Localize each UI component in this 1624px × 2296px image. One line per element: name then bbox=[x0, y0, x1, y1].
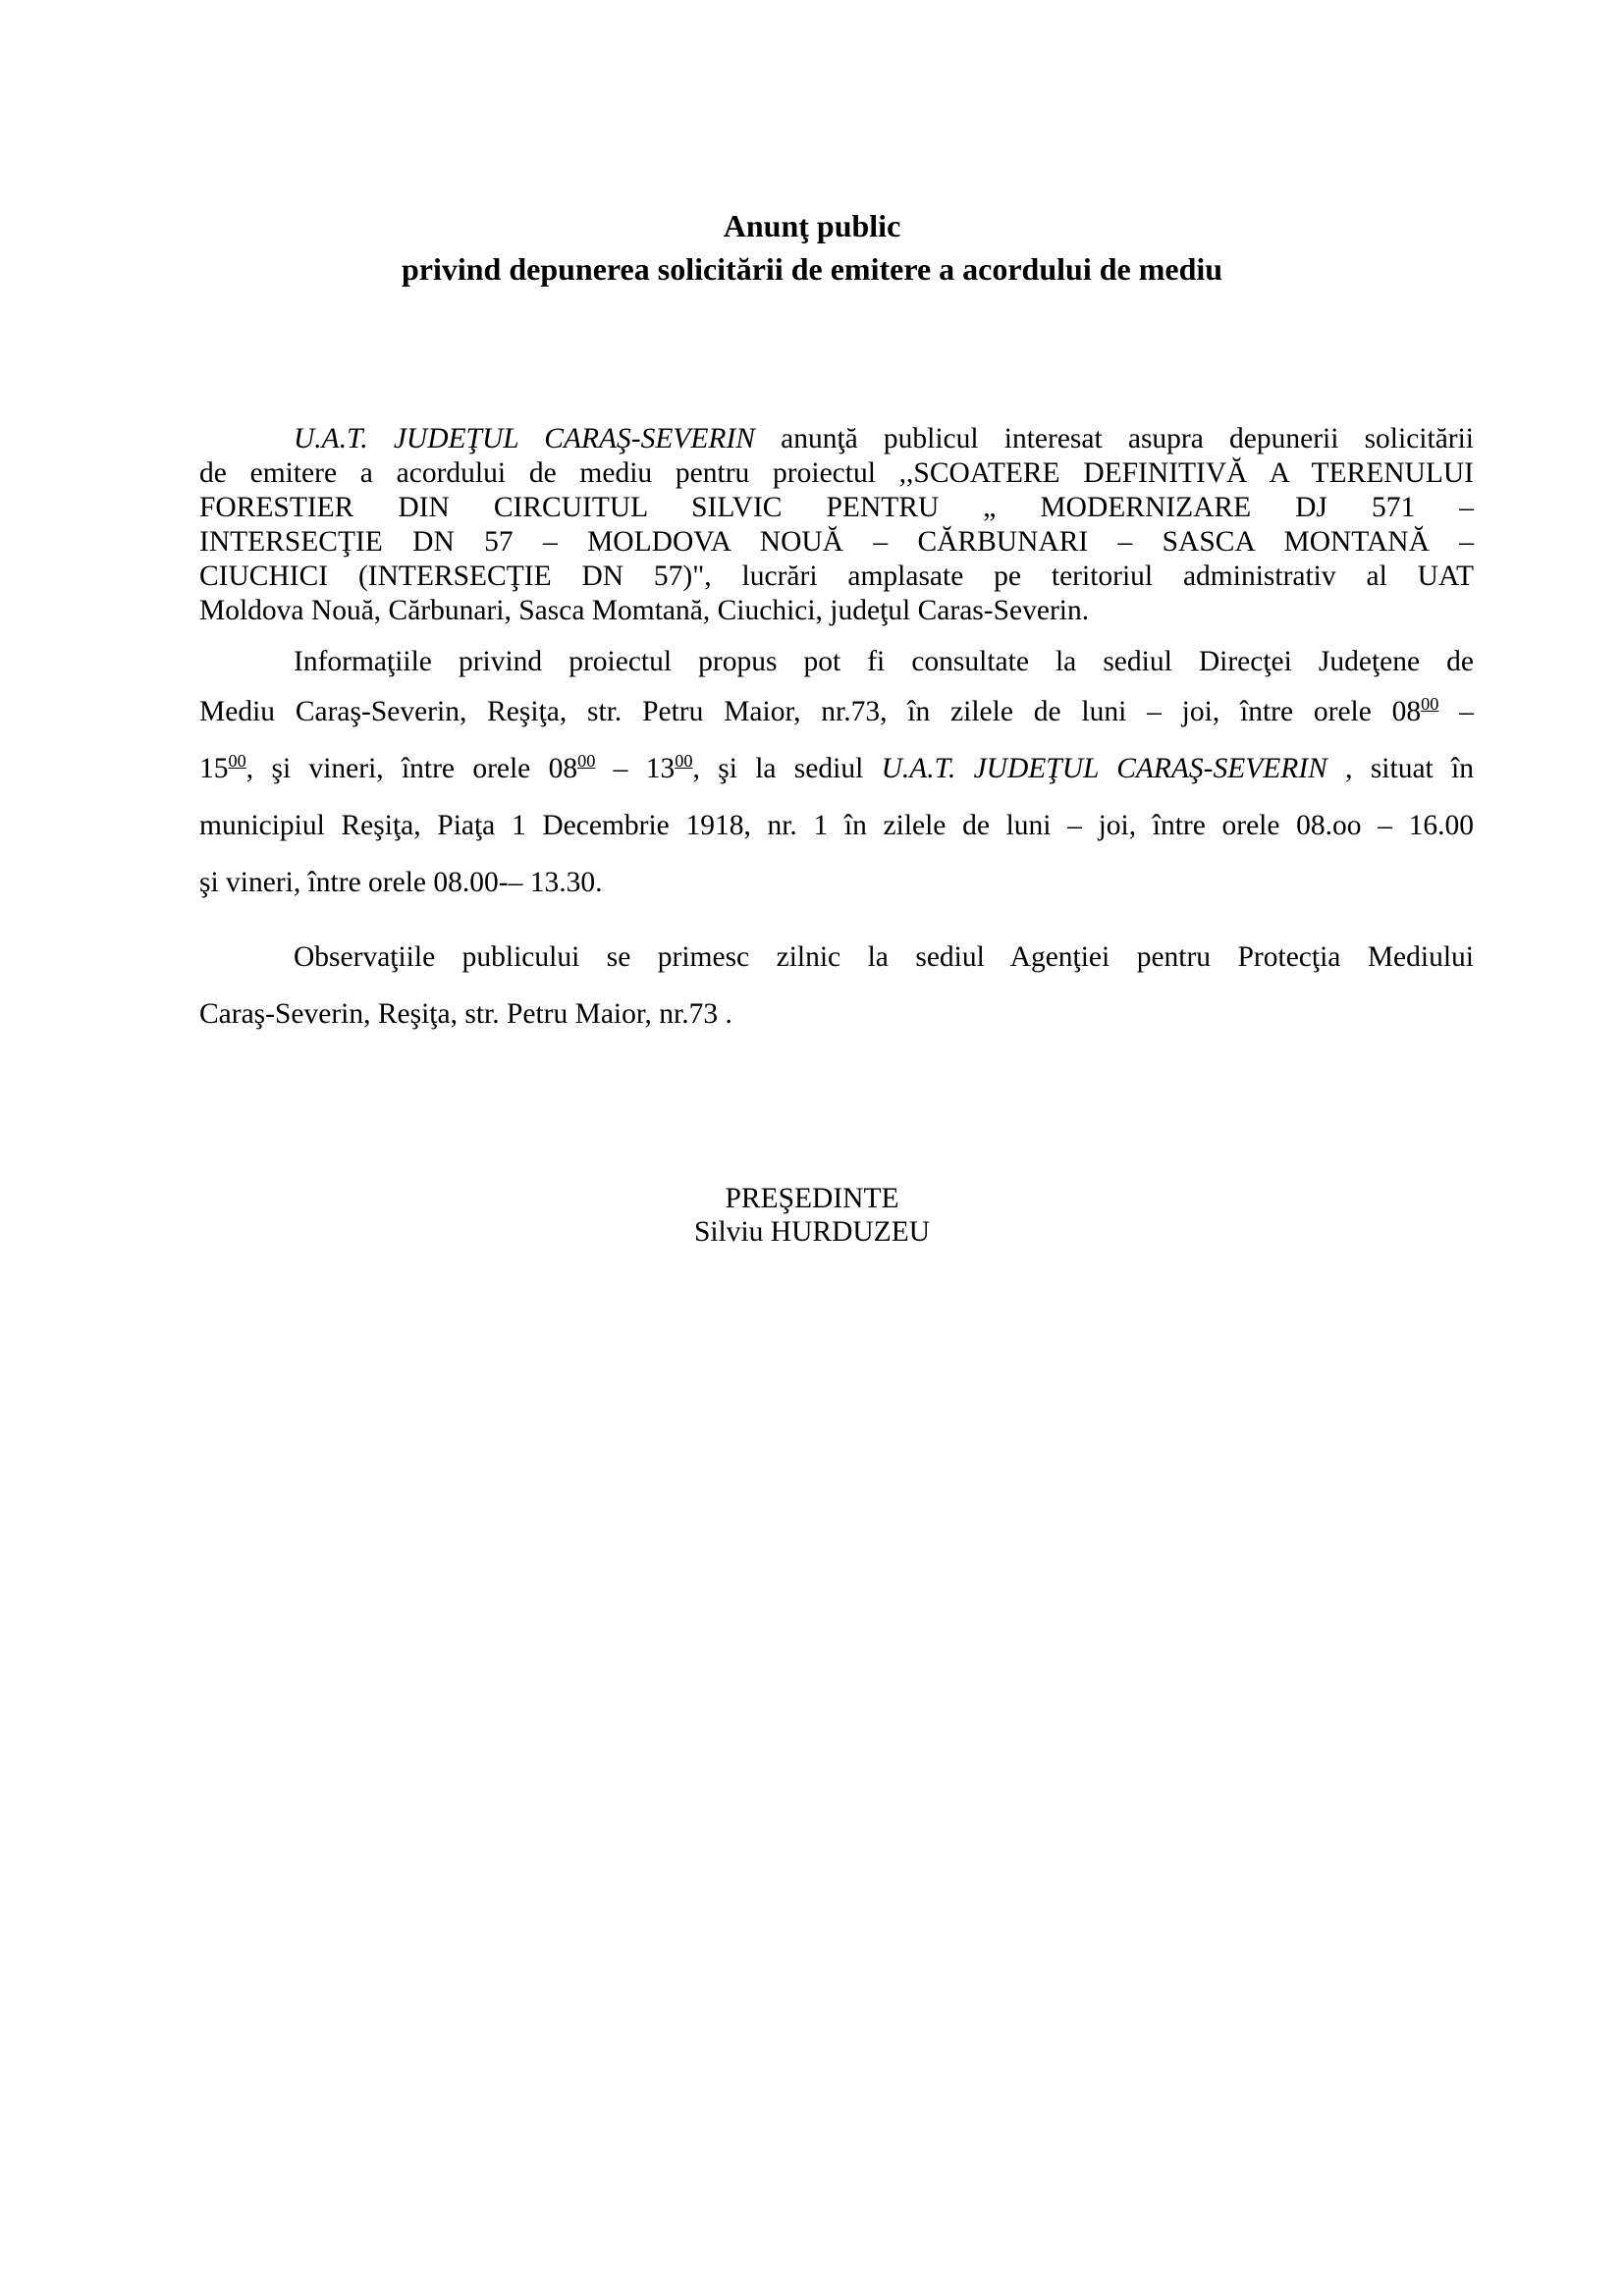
title-line-2: privind depunerea solicitării de emitere… bbox=[0, 247, 1624, 291]
paragraph-line: Observaţiile publicului se primesc zilni… bbox=[199, 929, 1474, 986]
paragraph-observations: Observaţiile publicului se primesc zilni… bbox=[199, 929, 1474, 1042]
paragraph-line: de emitere a acordului de mediu pentru p… bbox=[199, 456, 1474, 491]
signature-role: PREŞEDINTE bbox=[0, 1182, 1624, 1215]
paragraph-line: CIUCHICI (INTERSECŢIE DN 57)", lucrări a… bbox=[199, 560, 1474, 594]
applicant-name: U.A.T. JUDEŢUL CARAŞ-SEVERIN bbox=[882, 753, 1327, 784]
paragraph-announcement: U.A.T. JUDEŢUL CARAŞ-SEVERIN anunţă publ… bbox=[199, 422, 1474, 628]
paragraph-line: FORESTIER DIN CIRCUITUL SILVIC PENTRU „ … bbox=[199, 491, 1474, 525]
applicant-name: U.A.T. JUDEŢUL CARAŞ-SEVERIN bbox=[294, 423, 755, 454]
paragraph-line: Informaţiile privind proiectul propus po… bbox=[199, 640, 1474, 683]
paragraph-line: INTERSECŢIE DN 57 – MOLDOVA NOUĂ – CĂRBU… bbox=[199, 525, 1474, 560]
paragraph-line: U.A.T. JUDEŢUL CARAŞ-SEVERIN anunţă publ… bbox=[199, 422, 1474, 456]
title-line-1: Anunţ public bbox=[0, 204, 1624, 247]
paragraph-line: Moldova Nouă, Cărbunari, Sasca Momtană, … bbox=[199, 594, 1474, 628]
signature-block: PREŞEDINTE Silviu HURDUZEU bbox=[0, 1182, 1624, 1249]
document-title: Anunţ public privind depunerea solicităr… bbox=[0, 204, 1624, 291]
paragraph-line: Mediu Caraş-Severin, Reşiţa, str. Petru … bbox=[199, 683, 1474, 740]
paragraph-line: Caraş-Severin, Reşiţa, str. Petru Maior,… bbox=[199, 986, 1474, 1042]
paragraph-consultation: Informaţiile privind proiectul propus po… bbox=[199, 640, 1474, 911]
signature-name: Silviu HURDUZEU bbox=[0, 1215, 1624, 1249]
document-page: Anunţ public privind depunerea solicităr… bbox=[0, 0, 1624, 2296]
paragraph-line: 1500, şi vineri, între orele 0800 – 1300… bbox=[199, 740, 1474, 797]
paragraph-line: şi vineri, între orele 08.00-– 13.30. bbox=[199, 854, 1474, 911]
paragraph-line: municipiul Reşiţa, Piaţa 1 Decembrie 191… bbox=[199, 797, 1474, 854]
